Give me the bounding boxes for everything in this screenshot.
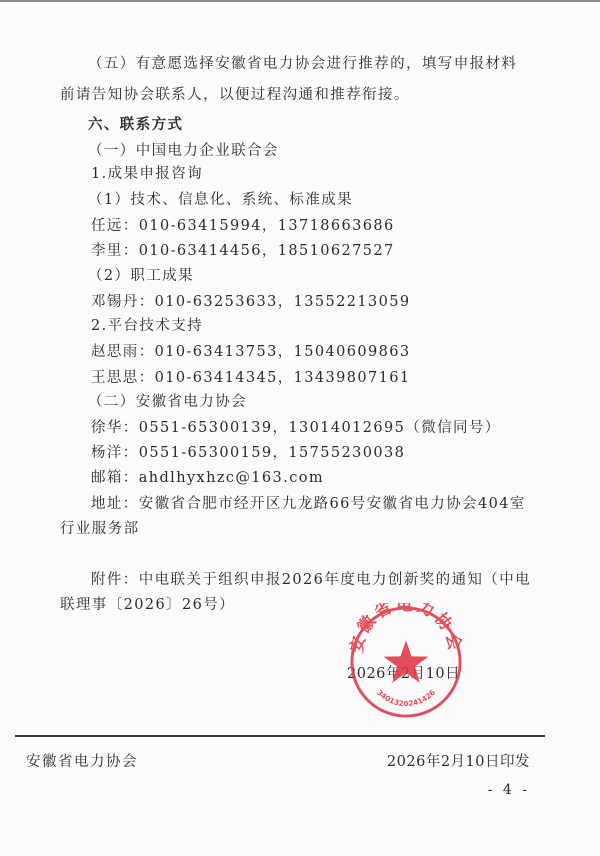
- official-seal-icon: 安徽省电力协会 3401320241426: [347, 603, 465, 721]
- footer-organization: 安徽省电力协会: [26, 750, 138, 771]
- page-number: - 4 -: [488, 782, 530, 798]
- contact-xuhua: 徐华：0551-65300139，13014012695（微信同号）: [91, 418, 501, 438]
- sub2-title: （二）安徽省电力协会: [88, 392, 247, 412]
- footer-print-date: 2026年2月10日印发: [387, 750, 530, 771]
- attachment-line1: 附件：中电联关于组织申报2026年度电力创新奖的通知（中电: [91, 570, 531, 590]
- item2: 2.平台技术支持: [91, 316, 203, 336]
- p5-line2: 前请告知协会联系人，以便过程沟通和推荐衔接。: [60, 85, 410, 105]
- document-page: （五）有意愿选择安徽省电力协会进行推荐的，填写申报材料前请告知协会联系人，以便过…: [0, 0, 600, 856]
- item1-2: （2）职工成果: [88, 266, 194, 286]
- contact-wangsisi: 王思思：010-63414345，13439807161: [91, 368, 411, 388]
- attachment-line2: 联理事〔2026〕26号）: [60, 595, 235, 615]
- svg-text:3401320241426: 3401320241426: [375, 688, 437, 708]
- item1: 1.成果申报咨询: [91, 164, 203, 184]
- contact-dengxidan: 邓锡丹：010-63253633，13552213059: [91, 292, 411, 312]
- contact-yangyang: 杨洋：0551-65300159，15755230038: [91, 443, 405, 463]
- sec6-title: 六、联系方式: [88, 115, 183, 135]
- email: 邮箱：ahdlhyxhzc@163.com: [91, 468, 324, 488]
- address-line1: 地址：安徽省合肥市经开区九龙路66号安徽省电力协会404室: [91, 494, 526, 514]
- contact-lili: 李里：010-63414456，18510627527: [91, 241, 395, 261]
- p5-line1: （五）有意愿选择安徽省电力协会进行推荐的，填写申报材料: [88, 54, 517, 74]
- contact-renyuan: 任远：010-63415994，13718663686: [91, 216, 395, 236]
- contact-zhaosiyu: 赵思雨：010-63413753，15040609863: [91, 342, 411, 362]
- sub1-title: （一）中国电力企业联合会: [88, 141, 279, 161]
- footer-divider: [15, 735, 545, 737]
- address-line2: 行业服务部: [60, 519, 140, 539]
- item1-1: （1）技术、信息化、系统、标准成果: [88, 190, 353, 210]
